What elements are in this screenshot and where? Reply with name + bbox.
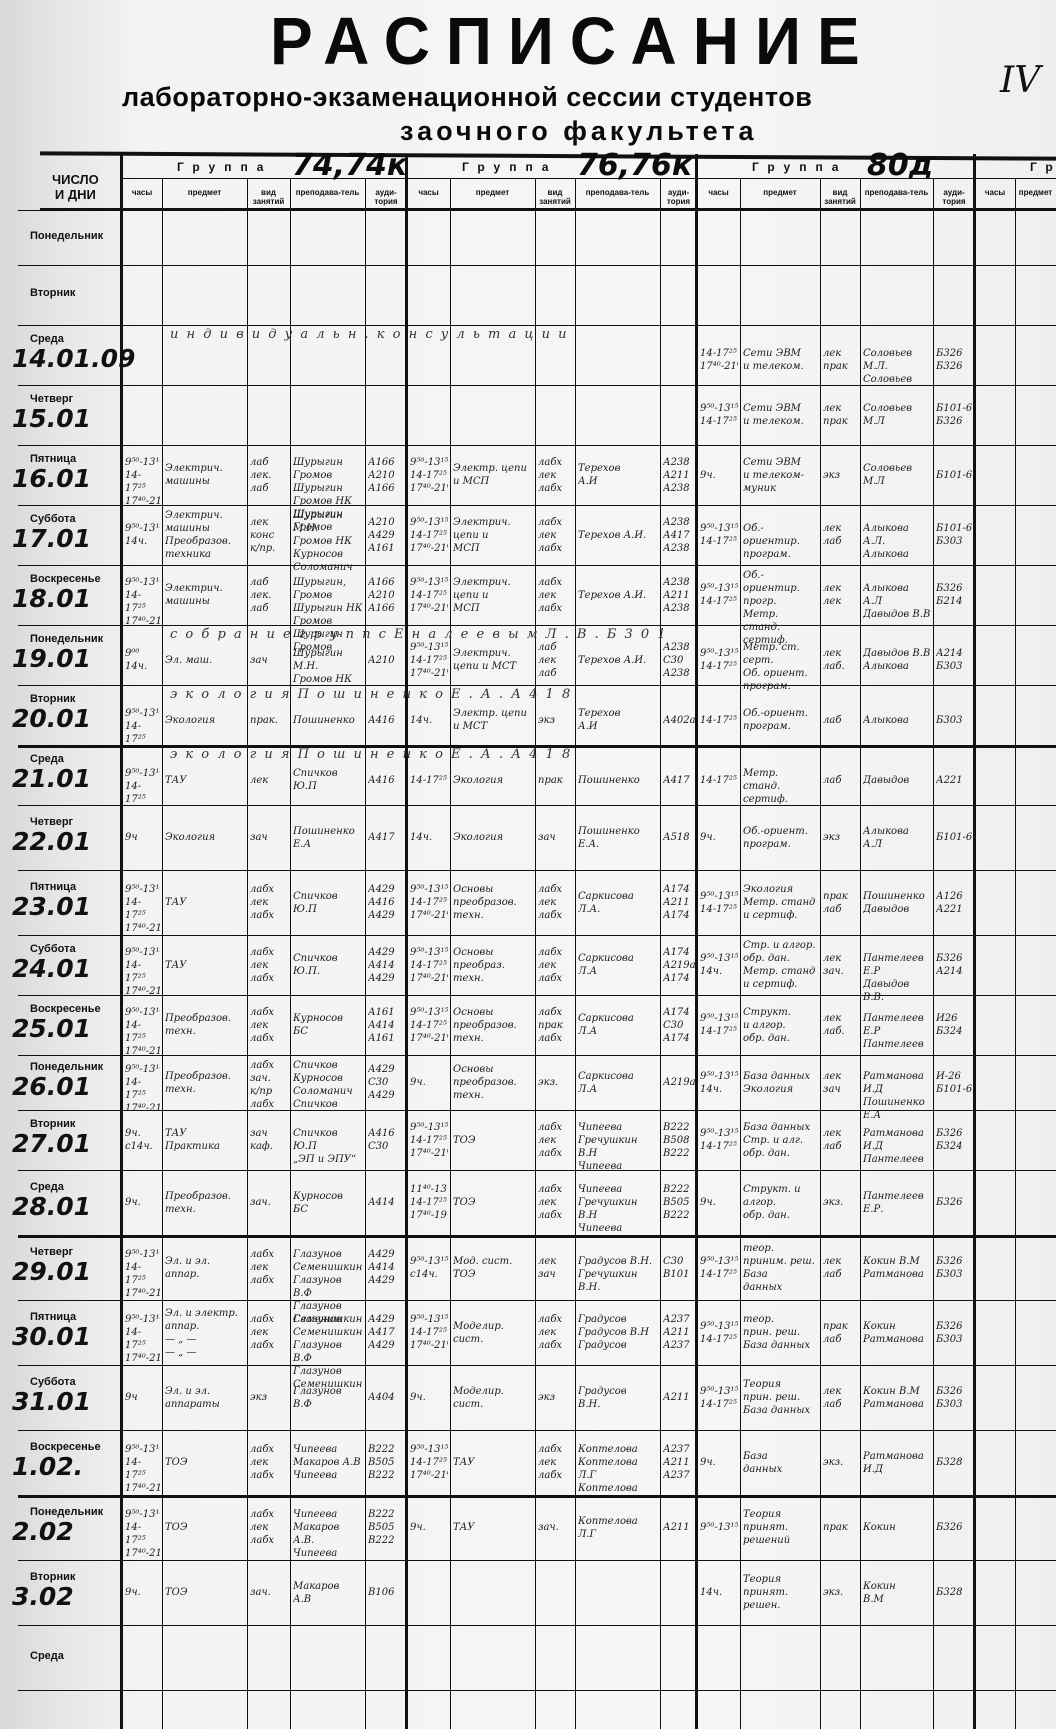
cell-type: лаб xyxy=(823,774,858,787)
cell-type: экз xyxy=(250,1391,288,1404)
cell-hours: 9ч xyxy=(125,831,160,844)
cell-subject: Преобразов. техн. xyxy=(165,1070,245,1096)
date: 27.01 xyxy=(12,1130,120,1158)
cell-teacher: Кокин В.М xyxy=(863,1580,931,1606)
cell-type: лек лаб. xyxy=(823,647,858,673)
column-header: предмет xyxy=(450,188,535,197)
row-divider xyxy=(18,325,1056,326)
cell-hours: 9ч. xyxy=(700,1456,738,1469)
cell-hours: 9⁵⁰-13¹⁵ 14-17²⁵ 17⁴⁰-21⁰⁰ xyxy=(410,641,448,680)
cell-type: лабх лек лабх xyxy=(250,883,288,922)
cell-room: А402а xyxy=(663,714,695,727)
day-cell: Пятница30.01 xyxy=(8,1311,120,1351)
cell-hours: 9⁵⁰-13¹⁵ 14-17²⁵ xyxy=(125,767,160,806)
cell-teacher: Соловьев М.Л. Соловьев xyxy=(863,347,931,386)
cell-type: прак. xyxy=(250,714,288,727)
cell-subject: ТАУ xyxy=(165,774,245,787)
cell-room: Б326 Б324 xyxy=(936,1127,973,1153)
group-divider xyxy=(973,154,976,1729)
cell-room: Б303 xyxy=(936,714,973,727)
cell-type: зач. xyxy=(250,1196,288,1209)
date: 3.02 xyxy=(12,1583,120,1611)
cell-hours: 9⁵⁰-13¹⁵ 14-17²⁵ 17⁴⁰-21⁰⁰ xyxy=(125,456,160,508)
cell-type: лабх лек лабх xyxy=(250,1006,288,1045)
cell-hours: 9ч. xyxy=(700,469,738,482)
cell-room: А414 xyxy=(368,1196,405,1209)
cell-room: А416 С30 xyxy=(368,1127,405,1153)
cell-hours: 9ч. xyxy=(410,1521,448,1534)
cell-subject: Электрич. машины Преобразов. техника xyxy=(165,509,245,561)
cell-hours: 9⁵⁰-13¹⁵ 14-17²⁵ 17⁴⁰-21⁰⁰ xyxy=(125,1313,160,1365)
cell-room: А417 xyxy=(663,774,695,787)
day-cell: Понедельник2.02 xyxy=(8,1506,120,1546)
cell-teacher: Коптелова Л.Г xyxy=(578,1515,658,1541)
cell-teacher: Пошиненко Е.А. xyxy=(578,825,658,851)
cell-subject: ТОЭ xyxy=(165,1521,245,1534)
subtitle-session: лабораторно-экзаменационной сессии студе… xyxy=(122,82,812,113)
cell-teacher: Кокин xyxy=(863,1521,931,1534)
row-divider xyxy=(18,870,1056,871)
cell-hours: 9⁵⁰-13¹⁵ 14-17²⁵ 17⁴⁰-21⁰⁰ xyxy=(125,1443,160,1495)
cell-room: В222 В508 В222 xyxy=(663,1121,695,1160)
weekday: Пятница xyxy=(30,881,120,893)
cell-type: экз. xyxy=(823,1196,858,1209)
cell-type: лабх зач. к/пр лабх xyxy=(250,1059,288,1111)
row-divider xyxy=(18,935,1056,936)
group-number: 76,76к xyxy=(577,148,692,183)
column-header: часы xyxy=(407,188,450,197)
row-divider xyxy=(18,1625,1056,1626)
date: 23.01 xyxy=(12,893,120,921)
cell-subject: Экология xyxy=(453,831,533,844)
date: 19.01 xyxy=(12,645,120,673)
day-cell: Среда14.01.09 xyxy=(8,333,120,373)
day-cell: Понедельник26.01 xyxy=(8,1061,120,1101)
cell-teacher: Чипеева Макаров А.В. Чипеева xyxy=(293,1508,363,1560)
cell-type: лек xyxy=(250,774,288,787)
cell-type: лабх лек лабх xyxy=(250,1248,288,1287)
cell-hours: 9⁵⁰-13¹⁵ 14-17²⁵ xyxy=(700,1012,738,1038)
day-cell: Среда21.01 xyxy=(8,753,120,793)
cell-subject: Электрич. цепи и МСТ xyxy=(453,647,533,673)
cell-room: А210 xyxy=(368,654,405,667)
day-cell: Суббота24.01 xyxy=(8,943,120,983)
subtitle-faculty: заочного факультета xyxy=(400,116,758,147)
cell-type: прак xyxy=(538,774,573,787)
row-divider xyxy=(18,505,1056,506)
cell-teacher: Коптелова Коптелова Л.Г Коптелова xyxy=(578,1443,658,1495)
column-header: предмет xyxy=(162,188,247,197)
group-number: 80д xyxy=(867,148,933,183)
cell-hours: 9ч. xyxy=(700,831,738,844)
group-label: Группа xyxy=(752,160,847,174)
cell-hours: 14-17²⁵ xyxy=(700,774,738,787)
cell-type: экз xyxy=(538,714,573,727)
weekday: Суббота xyxy=(30,1376,120,1388)
weekday: Понедельник xyxy=(30,230,120,242)
cell-subject: Преобразов. техн. xyxy=(165,1190,245,1216)
cell-type: экз xyxy=(823,469,858,482)
column-header: ауди-тория xyxy=(660,188,697,206)
cell-hours: 9⁵⁰-13¹⁵ 14-17²⁵ xyxy=(700,1127,738,1153)
date: 30.01 xyxy=(12,1323,120,1351)
cell-teacher: Пошиненко Давыдов xyxy=(863,890,931,916)
cell-subject: Электрич. машины xyxy=(165,582,245,608)
cell-teacher: Курносов БС xyxy=(293,1190,363,1216)
cell-room: Б326 xyxy=(936,1196,973,1209)
cell-type: зач xyxy=(250,831,288,844)
cell-hours: 9⁵⁰-13¹⁵ с14ч. xyxy=(410,1255,448,1281)
cell-type: лабх прак лабх xyxy=(538,1006,573,1045)
cell-teacher: Терехов А.И. xyxy=(578,529,658,542)
cell-subject: Об.-ориент. програм. xyxy=(743,825,818,851)
row-divider xyxy=(18,210,1056,211)
cell-subject: ТАУ xyxy=(165,896,245,909)
group-label: Группа xyxy=(462,160,557,174)
cell-subject: Основы преобраз. техн. xyxy=(453,946,533,985)
cell-room: А161 А414 А161 xyxy=(368,1006,405,1045)
cell-type: экз. xyxy=(823,1456,858,1469)
cell-subject: Электр. цепи и МСП xyxy=(453,462,533,488)
weekday: Понедельник xyxy=(30,1506,120,1518)
cell-room: Б326 Б303 xyxy=(936,1385,973,1411)
day-column-header: ЧИСЛО И ДНИ xyxy=(52,172,99,202)
cell-room: Б328 xyxy=(936,1456,973,1469)
cell-subject: Теория принят. решений xyxy=(743,1508,818,1547)
column-header: часы xyxy=(697,188,740,197)
cell-teacher: Градусов В.Н. xyxy=(578,1385,658,1411)
day-cell: Среда xyxy=(8,1650,120,1662)
cell-subject: Теория прин. реш. База данных xyxy=(743,1378,818,1417)
cell-room: А237 А211 А237 xyxy=(663,1443,695,1482)
cell-teacher: Кокин В.М Ратманова xyxy=(863,1255,931,1281)
cell-subject: Метр. станд. сертиф. xyxy=(743,767,818,806)
cell-room: Б326 Б214 xyxy=(936,582,973,608)
cell-teacher: Алыкова xyxy=(863,714,931,727)
cell-type: лек зач xyxy=(823,1070,858,1096)
cell-hours: 9⁵⁰-13¹⁵ 14-17²⁵ xyxy=(125,707,160,746)
cell-subject: Эл. маш. xyxy=(165,654,245,667)
cell-hours: 9⁵⁰-13¹⁵ 14-17²⁵ 17⁴⁰-21⁰⁰ xyxy=(410,516,448,555)
cell-subject: База данных xyxy=(743,1450,818,1476)
day-cell: Пятница23.01 xyxy=(8,881,120,921)
cell-room: Б328 xyxy=(936,1586,973,1599)
cell-teacher: Градусов Градусов В.Н Градусов xyxy=(578,1313,658,1352)
cell-teacher: Саркисова Л.А xyxy=(578,1012,658,1038)
cell-teacher: Алыкова А.Л Давыдов В.В xyxy=(863,582,931,621)
cell-teacher: Спичков Ю.П xyxy=(293,890,363,916)
cell-hours: 9⁵⁰-13¹⁵ 14ч. xyxy=(700,1070,738,1096)
group-number: 74,74к xyxy=(292,148,407,183)
weekday: Пятница xyxy=(30,1311,120,1323)
cell-hours: 14-17²⁵ 17⁴⁰-21⁰⁰ xyxy=(700,347,738,373)
row-divider xyxy=(18,1690,1056,1691)
cell-subject: теор. прин. реш. База данных xyxy=(743,1313,818,1352)
cell-room: А238 А417 А238 xyxy=(663,516,695,555)
cell-room: А416 xyxy=(368,714,405,727)
day-cell: Воскресенье18.01 xyxy=(8,573,120,613)
day-cell: Понедельник xyxy=(8,230,120,242)
cell-hours: 9⁵⁰-13¹⁵ 14-17²⁵ xyxy=(700,402,738,428)
row-divider xyxy=(18,1365,1056,1366)
weekday: Вторник xyxy=(30,1571,120,1583)
cell-hours: 9⁵⁰-13¹⁵ 14-17²⁵ 17⁴⁰-21⁰⁰ xyxy=(410,1313,448,1352)
spread-note: и н д и в и д у а л ь н . к о н с у л ь … xyxy=(170,327,1050,342)
day-cell: Суббота17.01 xyxy=(8,513,120,553)
cell-type: лабх лек лабх xyxy=(250,1313,288,1352)
cell-room: А214 Б303 xyxy=(936,647,973,673)
cell-room: В106 xyxy=(368,1586,405,1599)
date: 31.01 xyxy=(12,1388,120,1416)
cell-room: А404 xyxy=(368,1391,405,1404)
cell-type: экз xyxy=(538,1391,573,1404)
course-number: IV xyxy=(1000,60,1040,101)
cell-hours: 9⁵⁰-13¹⁵ 14-17²⁵ xyxy=(700,647,738,673)
cell-teacher: Пошиненко Е.А xyxy=(293,825,363,851)
cell-type: лек лаб xyxy=(823,1255,858,1281)
day-cell: Понедельник19.01 xyxy=(8,633,120,673)
cell-teacher: Терехов А.И xyxy=(578,462,658,488)
date: 25.01 xyxy=(12,1015,120,1043)
cell-type: лабх лек лабх xyxy=(538,516,573,555)
cell-type: лек лаб xyxy=(823,1385,858,1411)
cell-teacher: Пантелеев Е.Р Давыдов В.В. xyxy=(863,952,931,1004)
cell-room: А429 А414 А429 xyxy=(368,946,405,985)
cell-teacher: Кокин В.М Ратманова xyxy=(863,1385,931,1411)
cell-hours: 9⁵⁰-13¹⁵ 14-17²⁵ xyxy=(700,522,738,548)
cell-teacher: Саркисова Л.А. xyxy=(578,890,658,916)
cell-room: А238 С30 А238 xyxy=(663,641,695,680)
cell-subject: База данных Стр. и алг. обр. дан. xyxy=(743,1121,818,1160)
cell-teacher: Ратманова И.Д Пантелеев xyxy=(863,1127,931,1166)
cell-type: экз. xyxy=(823,1586,858,1599)
cell-subject: Экология xyxy=(453,774,533,787)
cell-subject: Моделир. сист. xyxy=(453,1320,533,1346)
cell-room: А174 А211 А174 xyxy=(663,883,695,922)
cell-subject: Структ. и алгор. обр. дан. xyxy=(743,1006,818,1045)
row-divider xyxy=(18,1055,1056,1056)
column-header: часы xyxy=(122,188,162,197)
cell-hours: 9⁵⁰-13¹⁵ 14-17²⁵ xyxy=(700,1255,738,1281)
cell-room: А219а xyxy=(663,1076,695,1089)
cell-subject: Сети ЭВМ и телеком. xyxy=(743,347,818,373)
cell-type: лабх лек лабх xyxy=(538,1183,573,1222)
cell-type: лек лаб xyxy=(823,522,858,548)
cell-room: В222 В505 В222 xyxy=(368,1443,405,1482)
cell-type: лаб лек. лаб xyxy=(250,456,288,495)
day-cell: Четверг15.01 xyxy=(8,393,120,433)
weekday: Среда xyxy=(30,1181,120,1193)
column-header: ауди-тория xyxy=(365,188,407,206)
cell-room: А211 xyxy=(663,1391,695,1404)
cell-room: Б326 xyxy=(936,1521,973,1534)
day-cell: Вторник xyxy=(8,287,120,299)
cell-type: лабх лек лабх xyxy=(250,946,288,985)
cell-room: Б101-6 xyxy=(936,469,973,482)
cell-teacher: Макаров А.В xyxy=(293,1580,363,1606)
cell-teacher: Курносов БС xyxy=(293,1012,363,1038)
cell-teacher: Саркисова Л.А xyxy=(578,1070,658,1096)
cell-subject: Основы преобразов. техн. xyxy=(453,883,533,922)
cell-subject: Об.-ориентир. програм. xyxy=(743,522,818,561)
cell-type: лаб xyxy=(823,714,858,727)
cell-teacher: Спичков Ю.П xyxy=(293,767,363,793)
row-divider xyxy=(18,625,1056,626)
cell-subject: Электрич. машины xyxy=(165,462,245,488)
cell-type: лабх лек лабх xyxy=(538,946,573,985)
cell-subject: Эл. и электр. аппар. — „ — — „ — xyxy=(165,1307,245,1359)
cell-subject: Структ. и алгор. обр. дан. xyxy=(743,1183,818,1222)
cell-type: лаб лек лаб xyxy=(538,641,573,680)
cell-type: прак лаб xyxy=(823,1320,858,1346)
cell-type: лаб лек. лаб xyxy=(250,576,288,615)
cell-room: А166 А210 А166 xyxy=(368,576,405,615)
group-divider xyxy=(695,154,698,1729)
cell-teacher: Давыдов xyxy=(863,774,931,787)
cell-subject: теор. приним. реш. База данных xyxy=(743,1242,818,1294)
cell-hours: 9⁵⁰-13¹⁵ 14-17²⁵ 17⁴⁰-21⁰⁰ xyxy=(125,946,160,998)
page-title: РАСПИСАНИЕ xyxy=(270,2,876,80)
weekday: Понедельник xyxy=(30,1061,120,1073)
cell-subject: ТОЭ xyxy=(165,1456,245,1469)
cell-subject: Экология Метр. станд и сертиф. xyxy=(743,883,818,922)
date: 15.01 xyxy=(12,405,120,433)
cell-teacher: Пантелеев Е.Р. xyxy=(863,1190,931,1216)
cell-teacher: Шурыгин М.Н. Громов НК Курносов Соломани… xyxy=(293,509,363,574)
date: 17.01 xyxy=(12,525,120,553)
column-header: ауди-тория xyxy=(933,188,975,206)
column-header: преподава-тель xyxy=(860,188,933,197)
date: 16.01 xyxy=(12,465,120,493)
spread-note: с о б р а н и е г р у п п с Е н а л е е … xyxy=(170,627,1050,642)
day-cell: Четверг22.01 xyxy=(8,816,120,856)
column-header: предмет xyxy=(740,188,820,197)
cell-hours: 9⁵⁰-13¹⁵ 14-17²⁵ xyxy=(700,1385,738,1411)
cell-hours: 9⁰⁰ 14ч. xyxy=(125,647,160,673)
cell-type: лабх лек лабх xyxy=(250,1443,288,1482)
week-divider xyxy=(18,1235,1056,1238)
cell-hours: 9⁵⁰-13¹⁵ 14-17²⁵ 17⁴⁰-21⁰⁰ xyxy=(410,883,448,922)
cell-type: лек прак xyxy=(823,402,858,428)
cell-type: прак xyxy=(823,1521,858,1534)
cell-type: лек зач. xyxy=(823,952,858,978)
cell-hours: 9ч. xyxy=(410,1076,448,1089)
cell-subject: Электрич. цепи и МСП xyxy=(453,516,533,555)
spread-note: э к о л о г и я П о ш и н е н к о Е . А … xyxy=(170,687,1050,702)
date: 28.01 xyxy=(12,1193,120,1221)
cell-type: зач. xyxy=(538,1521,573,1534)
week-divider xyxy=(18,1495,1056,1498)
row-divider xyxy=(18,1560,1056,1561)
row-divider xyxy=(18,1300,1056,1301)
cell-type: лек лаб. xyxy=(823,1012,858,1038)
row-divider xyxy=(18,1430,1056,1431)
date: 18.01 xyxy=(12,585,120,613)
cell-hours: 9⁵⁰-13¹⁵ 14-17²⁵ 17⁴⁰-21⁰⁰ xyxy=(125,1508,160,1560)
cell-subject: ТАУ xyxy=(453,1521,533,1534)
cell-teacher: Терехов А.И. xyxy=(578,589,658,602)
date: 20.01 xyxy=(12,705,120,733)
row-divider xyxy=(18,1170,1056,1171)
day-cell: Среда28.01 xyxy=(8,1181,120,1221)
cell-subject: Стр. и алгор. обр. дан. Метр. станд и се… xyxy=(743,939,818,991)
cell-type: зач xyxy=(538,831,573,844)
cell-teacher: Ратманова И.Д xyxy=(863,1450,931,1476)
cell-subject: ТОЭ xyxy=(453,1196,533,1209)
cell-teacher: Пошиненко xyxy=(578,774,658,787)
spread-note: э к о л о г и я П о ш и н е н к о Е . А … xyxy=(170,747,1050,762)
cell-teacher: Градусов В.Н. Гречушкин В.Н. xyxy=(578,1255,658,1294)
cell-hours: 9⁵⁰-13¹⁵ 14-17²⁵ xyxy=(700,582,738,608)
cell-subject: Основы преобразов. техн. xyxy=(453,1063,533,1102)
column-header: предмет xyxy=(1015,188,1056,197)
cell-subject: Электрич. цепи и МСП xyxy=(453,576,533,615)
cell-room: А429 С30 А429 xyxy=(368,1063,405,1102)
cell-room: И26 Б324 xyxy=(936,1012,973,1038)
cell-subject: База данных Экология xyxy=(743,1070,818,1096)
day-cell: Вторник3.02 xyxy=(8,1571,120,1611)
cell-type: лабх лек лабх xyxy=(538,1313,573,1352)
cell-hours: 9⁵⁰-13¹⁵ 14-17²⁵ xyxy=(700,1320,738,1346)
cell-subject: Об.-ориент. програм. xyxy=(743,707,818,733)
cell-type: экз xyxy=(823,831,858,844)
column-header: вид занятий xyxy=(535,188,575,206)
day-cell: Вторник27.01 xyxy=(8,1118,120,1158)
cell-hours: 9⁵⁰-13¹⁵ 14-17²⁵ 17⁴⁰-21⁰⁰ xyxy=(125,1006,160,1058)
cell-hours: 9⁵⁰-13¹⁵ 14-17²⁵ 17⁴⁰-21⁰⁰ xyxy=(410,1443,448,1482)
cell-room: А174 А219а А174 xyxy=(663,946,695,985)
date: 1.02. xyxy=(12,1453,120,1481)
cell-hours: 9ч. xyxy=(125,1196,160,1209)
cell-type: лек лек xyxy=(823,582,858,608)
cell-subject: Сети ЭВМ и телеком. xyxy=(743,402,818,428)
cell-teacher: Соловьев М.Л xyxy=(863,462,931,488)
cell-subject: Эл. и эл. аппараты xyxy=(165,1385,245,1411)
cell-hours: 9⁵⁰-13¹⁵ 14-17²⁵ 17⁴⁰-21⁰⁰ xyxy=(410,1121,448,1160)
cell-type: лабх лек лабх xyxy=(538,883,573,922)
day-cell: Суббота31.01 xyxy=(8,1376,120,1416)
cell-subject: Электр. цепи и МСТ xyxy=(453,707,533,733)
cell-hours: 9⁵⁰-13¹⁵ 14-17²⁵ 17⁴⁰-21⁰⁰ xyxy=(125,1248,160,1300)
cell-hours: 14ч. xyxy=(410,831,448,844)
cell-hours: 9⁵⁰-13¹⁵ 14-17²⁵ 17⁴⁰-21⁰⁰ xyxy=(410,576,448,615)
cell-hours: 9ч xyxy=(125,1391,160,1404)
row-divider xyxy=(18,445,1056,446)
cell-room: А429 А414 А429 xyxy=(368,1248,405,1287)
column-header: вид занятий xyxy=(247,188,290,206)
cell-teacher: Терехов А.И. xyxy=(578,654,658,667)
cell-hours: 9ч. с14ч. xyxy=(125,1127,160,1153)
row-divider xyxy=(18,265,1056,266)
date: 14.01.09 xyxy=(12,345,120,373)
cell-subject: Экология xyxy=(165,714,245,727)
column-header: вид занятий xyxy=(820,188,860,206)
row-divider xyxy=(18,565,1056,566)
cell-room: Б326 А214 xyxy=(936,952,973,978)
cell-hours: 14ч. xyxy=(410,714,448,727)
cell-hours: 14-17²⁵ xyxy=(700,714,738,727)
cell-teacher: Глазунов В.Ф xyxy=(293,1385,363,1411)
cell-hours: 9⁵⁰-13¹⁵ 14-17²⁵ 17⁴⁰-21⁰⁰ xyxy=(125,883,160,935)
cell-room: Б101-6 Б303 xyxy=(936,522,973,548)
cell-subject: Эл. и эл. аппар. xyxy=(165,1255,245,1281)
cell-teacher: Пантелеев Е.Р Пантелеев xyxy=(863,1012,931,1051)
date: 2.02 xyxy=(12,1518,120,1546)
cell-hours: 14ч. xyxy=(700,1586,738,1599)
cell-room: Б326 Б326 xyxy=(936,347,973,373)
cell-hours: 9⁵⁰-13¹⁵ 14-17²⁵ 17⁴⁰-21⁰⁰ xyxy=(410,946,448,985)
cell-subject: Мод. сист. ТОЭ xyxy=(453,1255,533,1281)
